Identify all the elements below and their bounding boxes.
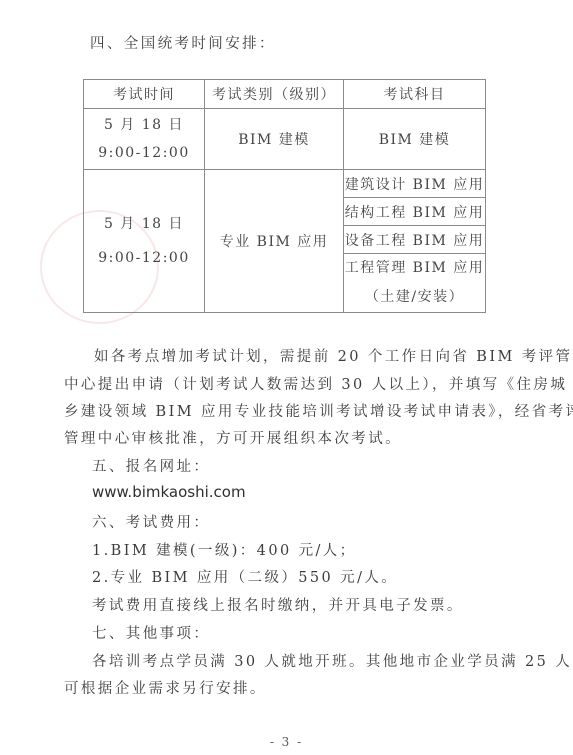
exam-subject-cell: BIM 建模 <box>344 109 486 170</box>
table-row: 5 月 18 日 9:00-12:00 专业 BIM 应用 建筑设计 BIM 应… <box>84 170 486 198</box>
document-page: 四、全国统考时间安排： 考试时间 考试类别（级别） 考试科目 5 月 18 日 … <box>0 0 573 755</box>
subject-note: （土建/安装） <box>344 283 485 312</box>
header-exam-time: 考试时间 <box>84 80 205 109</box>
header-exam-category: 考试类别（级别） <box>205 80 344 109</box>
exam-subject-cell: 工程管理 BIM 应用 （土建/安装） <box>344 254 486 313</box>
paragraph-line: 如各考点增加考试计划，需提前 20 个工作日向省 BIM 考评管理 <box>94 345 573 366</box>
exam-subject-cell: 结构工程 BIM 应用 <box>344 198 486 226</box>
exam-time-cell: 5 月 18 日 9:00-12:00 <box>84 109 205 170</box>
table-row: 5 月 18 日 9:00-12:00 BIM 建模 BIM 建模 <box>84 109 486 170</box>
exam-hours: 9:00-12:00 <box>84 241 204 275</box>
exam-date: 5 月 18 日 <box>84 207 204 241</box>
subject-name: 工程管理 BIM 应用 <box>344 254 485 283</box>
exam-date: 5 月 18 日 <box>84 111 204 139</box>
exam-category-cell: 专业 BIM 应用 <box>205 170 344 313</box>
exam-time-cell: 5 月 18 日 9:00-12:00 <box>84 170 205 313</box>
paragraph-line: 各培训考点学员满 30 人就地开班。其他地市企业学员满 25 人 <box>92 650 572 671</box>
paragraph-line: 中心提出申请（计划考试人数需达到 30 人以上），并填写《住房城 <box>64 373 567 394</box>
exam-category-cell: BIM 建模 <box>205 109 344 170</box>
fee-item: 1.BIM 建模(一级)：400 元/人； <box>92 539 357 560</box>
section5-heading: 五、报名网址： <box>92 455 210 476</box>
exam-hours: 9:00-12:00 <box>84 139 204 167</box>
paragraph-line: 管理中心审核批准，方可开展组织本次考试。 <box>64 427 402 448</box>
table-header-row: 考试时间 考试类别（级别） 考试科目 <box>84 80 486 109</box>
registration-url-link[interactable]: www.bimkaoshi.com <box>92 483 246 501</box>
page-number: - 3 - <box>0 735 573 749</box>
paragraph-line: 乡建设领域 BIM 应用专业技能培训考试增设考试申请表》，经省考评 <box>64 400 573 421</box>
fee-item: 2.专业 BIM 应用（二级）550 元/人。 <box>92 566 398 587</box>
section6-heading: 六、考试费用： <box>92 511 210 532</box>
exam-subject-cell: 设备工程 BIM 应用 <box>344 226 486 254</box>
exam-schedule-table: 考试时间 考试类别（级别） 考试科目 5 月 18 日 9:00-12:00 B… <box>83 79 486 313</box>
exam-subject-cell: 建筑设计 BIM 应用 <box>344 170 486 198</box>
paragraph-line: 可根据企业需求另行安排。 <box>64 677 267 698</box>
header-exam-subject: 考试科目 <box>344 80 486 109</box>
section7-heading: 七、其他事项： <box>92 622 210 643</box>
fee-note: 考试费用直接线上报名时缴纳，并开具电子发票。 <box>92 594 464 615</box>
section4-heading: 四、全国统考时间安排： <box>90 32 276 53</box>
